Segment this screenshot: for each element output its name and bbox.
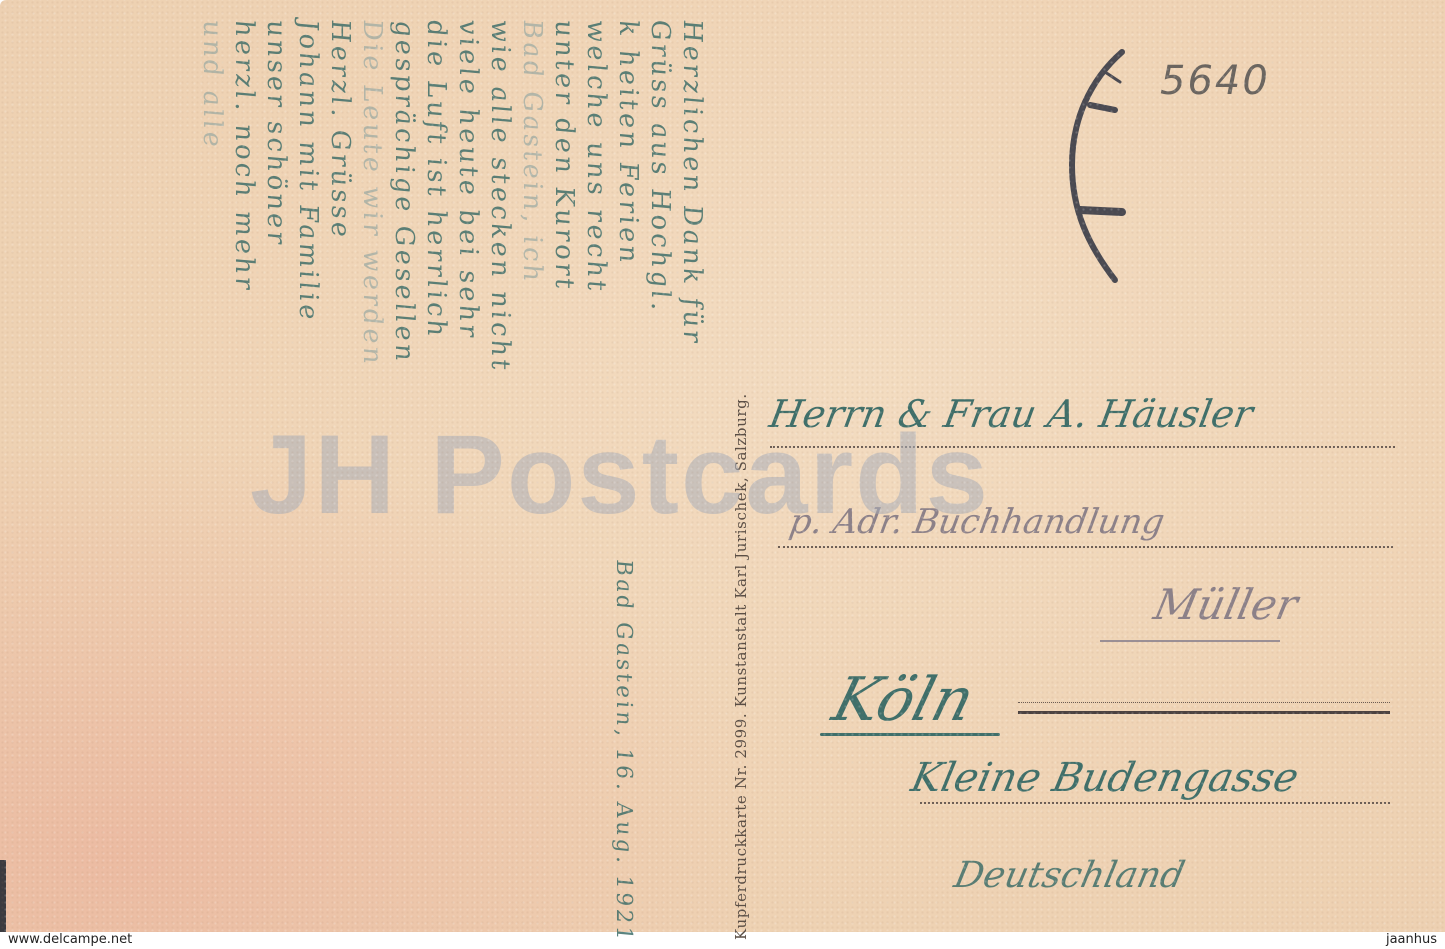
credit-delcampe: www.delcampe.net: [8, 932, 132, 947]
card-edge-shadow: [0, 860, 6, 932]
city-underline: [820, 733, 1000, 736]
postcard-back: Herzlichen Dank für Grüss aus Hochgl. k …: [0, 0, 1445, 932]
credit-jaanhus: jaanhus: [1386, 932, 1437, 947]
address-line-2: [778, 546, 1393, 548]
address-street: Kleine Budengasse: [907, 755, 1302, 801]
address-name: Müller: [1150, 580, 1302, 629]
address-line-4: [920, 802, 1390, 804]
name-underline: [1100, 640, 1280, 642]
address-city: Köln: [826, 665, 982, 735]
address-line-3-dotted: [1018, 702, 1390, 703]
date-line: Bad Gastein, 16. Aug. 1921: [610, 559, 636, 945]
pencil-number: 5640: [1160, 58, 1270, 104]
address-country: Deutschland: [951, 855, 1189, 896]
address-line-3: [1018, 711, 1390, 714]
message-line: und alle: [199, 19, 225, 922]
watermark: JH Postcards: [250, 410, 990, 539]
